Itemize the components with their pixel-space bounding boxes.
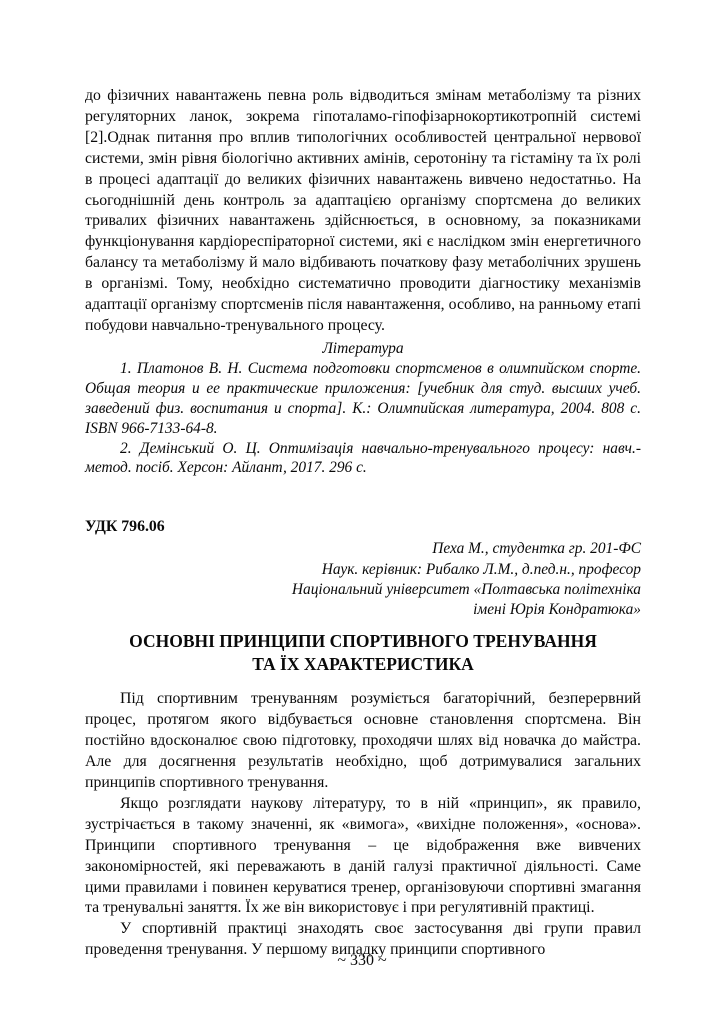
paragraph-continuation: до фізичних навантажень певна роль відво… [85, 86, 641, 337]
article-title: ОСНОВНІ ПРИНЦИПИ СПОРТИВНОГО ТРЕНУВАННЯ … [85, 630, 641, 675]
author-line-student: Пеха М., студентка гр. 201-ФС [85, 539, 641, 559]
article-paragraph-1: Під спортивним тренуванням розуміється б… [85, 689, 641, 794]
page-text-block: до фізичних навантажень певна роль відво… [85, 86, 641, 961]
page-number: ~ 330 ~ [0, 952, 724, 970]
literature-heading: Література [85, 339, 641, 359]
article-title-line-1: ОСНОВНІ ПРИНЦИПИ СПОРТИВНОГО ТРЕНУВАННЯ [129, 631, 597, 651]
author-line-university: Національний університет «Полтавська пол… [85, 580, 641, 600]
author-block: Пеха М., студентка гр. 201-ФС Наук. кері… [85, 539, 641, 620]
article-paragraph-2: Якщо розглядати наукову літературу, то в… [85, 794, 641, 919]
reference-item-2: 2. Демінський О. Ц. Оптимізація навчальн… [85, 439, 641, 479]
udc-code: УДК 796.06 [85, 517, 641, 538]
author-line-university-2: імені Юрія Кондратюка» [85, 600, 641, 620]
author-line-advisor: Наук. керівник: Рибалко Л.М., д.пед.н., … [85, 560, 641, 580]
reference-item-1: 1. Платонов В. Н. Система подготовки спо… [85, 359, 641, 439]
document-page: до фізичних навантажень певна роль відво… [0, 0, 724, 1024]
article-title-line-2: ТА ЇХ ХАРАКТЕРИСТИКА [252, 654, 474, 674]
